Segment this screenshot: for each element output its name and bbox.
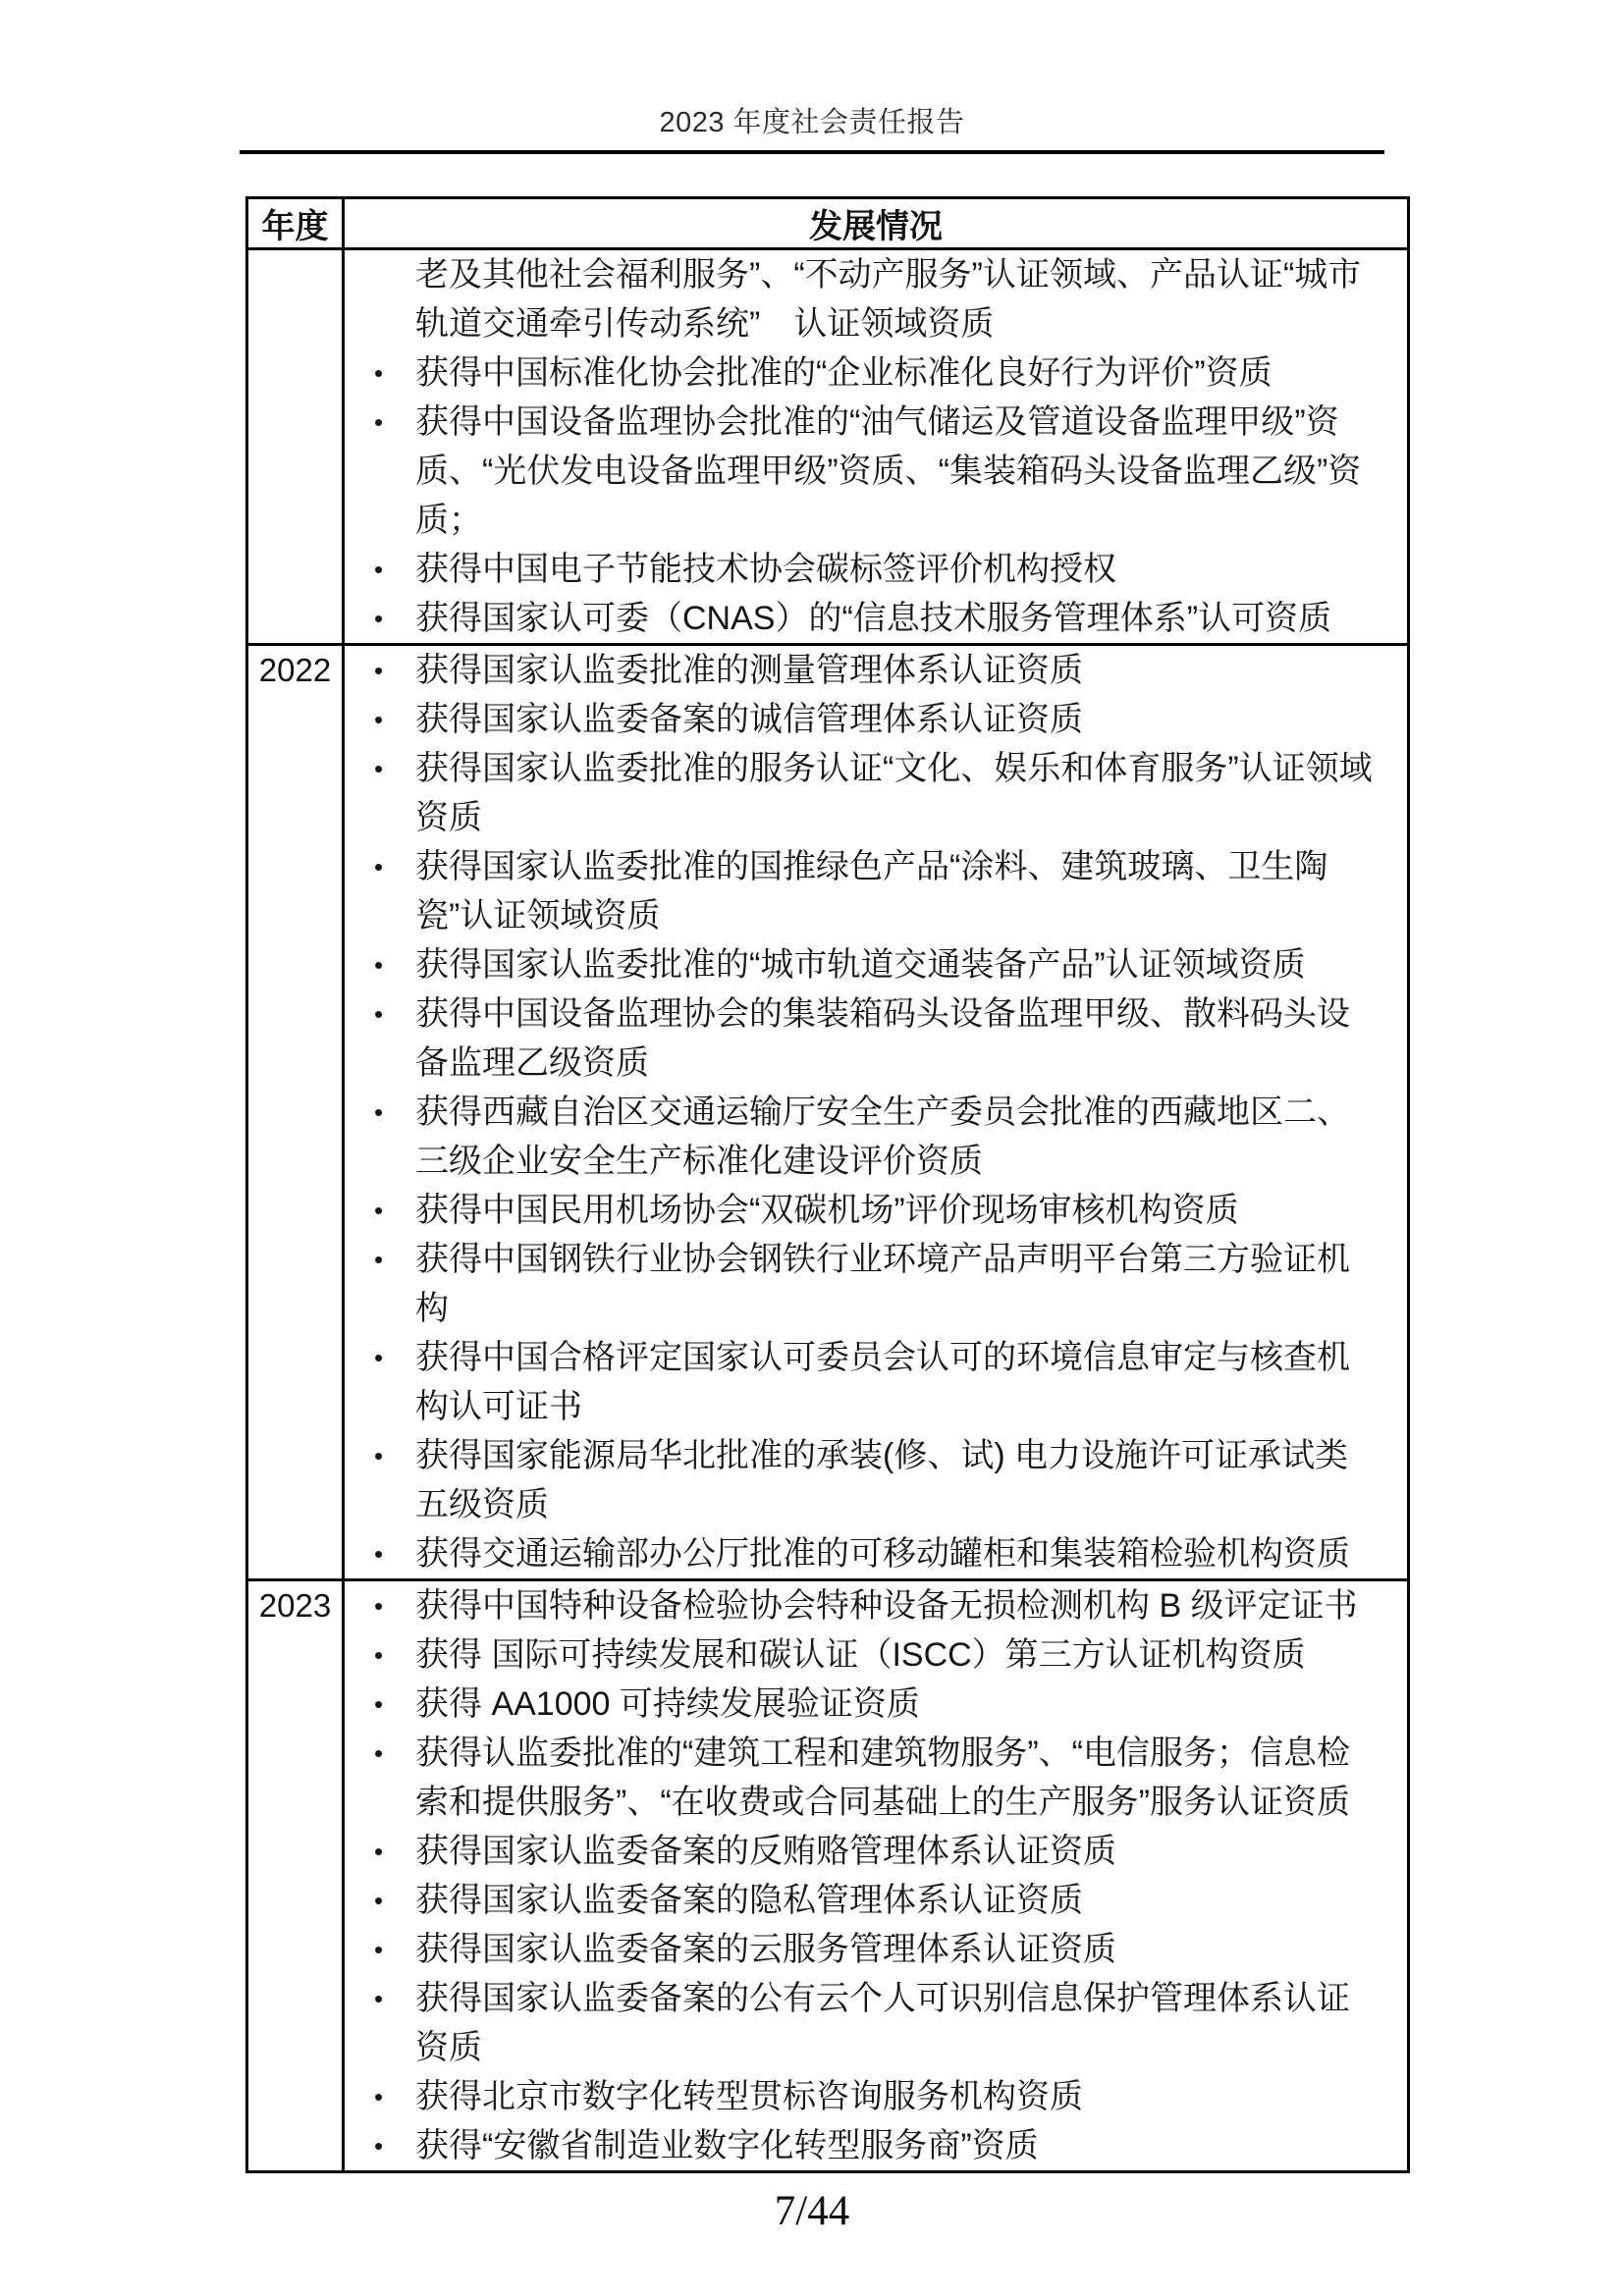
- list-item: • 获得国家能源局华北批准的承装(修、试) 电力设施许可证承试类五级资质: [345, 1431, 1380, 1529]
- bullet-icon: •: [374, 594, 383, 643]
- list-item: • 获得国家认可委（CNAS）的“信息技术服务管理体系”认可资质: [345, 594, 1380, 643]
- item-text: 获得 国际可持续发展和碳认证（ISCC）第三方认证机构资质: [415, 1636, 1306, 1674]
- bullet-icon: •: [374, 695, 383, 744]
- item-text: 获得中国民用机场协会“双碳机场”评价现场审核机构资质: [415, 1192, 1239, 1229]
- bullet-icon: •: [374, 2072, 383, 2121]
- item-text: 获得认监委批准的“建筑工程和建筑物服务”、“电信服务；信息检索和提供服务”、“在…: [415, 1735, 1350, 1821]
- list-item: • 获得国家认监委批准的国推绿色产品“涂料、建筑玻璃、卫生陶瓷”认证领域资质: [345, 842, 1380, 940]
- list-item: • 获得中国特种设备检验协会特种设备无损检测机构 B 级评定证书: [345, 1581, 1380, 1630]
- development-column-header: 发展情况: [344, 198, 1409, 249]
- year-cell: 2023: [247, 1580, 344, 2172]
- bullet-icon: •: [374, 2121, 383, 2170]
- list-item: 老及其他社会福利服务”、“不动产服务”认证领域、产品认证“城市轨道交通牵引传动系…: [345, 250, 1380, 348]
- item-text: 获得国家认监委批准的测量管理体系认证资质: [415, 652, 1083, 689]
- list-item: • 获得国家认监委备案的云服务管理体系认证资质: [345, 1925, 1380, 1974]
- table-row-2022: 2022 • 获得国家认监委批准的测量管理体系认证资质 • 获得国家认监委备案的…: [247, 645, 1409, 1580]
- item-text: 获得北京市数字化转型贯标咨询服务机构资质: [415, 2078, 1083, 2115]
- bullet-icon: •: [374, 398, 383, 447]
- document-page: 2023 年度社会责任报告 年度 发展情况 老及其他社会福利服务”、“不动产服务…: [0, 0, 1624, 2296]
- item-text: 获得“安徽省制造业数字化转型服务商”资质: [415, 2127, 1039, 2164]
- bullet-icon: •: [374, 1333, 383, 1382]
- list-item: • 获得国家认监委备案的公有云个人可识别信息保护管理体系认证资质: [345, 1974, 1380, 2072]
- bullet-icon: •: [374, 545, 383, 594]
- list-item: • 获得国家认监委批准的服务认证“文化、娱乐和体育服务”认证领域资质: [345, 744, 1380, 842]
- item-text: 老及其他社会福利服务”、“不动产服务”认证领域、产品认证“城市轨道交通牵引传动系…: [415, 256, 1361, 343]
- item-text: 获得中国电子节能技术协会碳标签评价机构授权: [415, 551, 1116, 588]
- item-text: 获得国家认监委备案的云服务管理体系认证资质: [415, 1931, 1116, 1968]
- bullet-icon: •: [374, 1088, 383, 1137]
- item-text: 获得中国标准化协会批准的“企业标准化良好行为评价”资质: [415, 354, 1272, 392]
- bullet-icon: •: [374, 1431, 383, 1480]
- bullet-icon: •: [374, 646, 383, 695]
- bullet-icon: •: [374, 940, 383, 989]
- list-item: • 获得中国钢铁行业协会钢铁行业环境产品声明平台第三方验证机构: [345, 1235, 1380, 1333]
- list-item: • 获得中国民用机场协会“双碳机场”评价现场审核机构资质: [345, 1186, 1380, 1235]
- bullet-icon: •: [374, 1876, 383, 1925]
- year-cell: 2022: [247, 645, 344, 1580]
- list-item: • 获得国家认监委备案的诚信管理体系认证资质: [345, 695, 1380, 744]
- page-footer: 7/44: [0, 2187, 1624, 2236]
- list-item: • 获得“安徽省制造业数字化转型服务商”资质: [345, 2121, 1380, 2170]
- list-item: • 获得北京市数字化转型贯标咨询服务机构资质: [345, 2072, 1380, 2121]
- bullet-icon: •: [374, 1529, 383, 1578]
- item-text: 获得国家认可委（CNAS）的“信息技术服务管理体系”认可资质: [415, 600, 1331, 637]
- item-text: 获得国家认监委批准的服务认证“文化、娱乐和体育服务”认证领域资质: [415, 750, 1373, 836]
- bullet-icon: •: [374, 1680, 383, 1729]
- header-divider: [240, 150, 1384, 154]
- item-text: 获得国家能源局华北批准的承装(修、试) 电力设施许可证承试类五级资质: [415, 1437, 1348, 1523]
- list-item: • 获得中国电子节能技术协会碳标签评价机构授权: [345, 545, 1380, 594]
- development-history-table: 年度 发展情况 老及其他社会福利服务”、“不动产服务”认证领域、产品认证“城市轨…: [245, 196, 1410, 2173]
- list-item: • 获得西藏自治区交通运输厅安全生产委员会批准的西藏地区二、三级企业安全生产标准…: [345, 1088, 1380, 1186]
- list-item: • 获得中国合格评定国家认可委员会认可的环境信息审定与核查机构认可证书: [345, 1333, 1380, 1431]
- list-item: • 获得交通运输部办公厅批准的可移动罐柜和集装箱检验机构资质: [345, 1529, 1380, 1578]
- development-cell: • 获得中国特种设备检验协会特种设备无损检测机构 B 级评定证书 • 获得 国际…: [344, 1580, 1409, 2172]
- bullet-icon: •: [374, 842, 383, 891]
- bullet-icon: •: [374, 1729, 383, 1778]
- list-item: • 获得国家认监委备案的隐私管理体系认证资质: [345, 1876, 1380, 1925]
- item-text: 获得中国特种设备检验协会特种设备无损检测机构 B 级评定证书: [415, 1587, 1358, 1625]
- item-text: 获得国家认监委备案的反贿赂管理体系认证资质: [415, 1833, 1116, 1870]
- list-item: • 获得 国际可持续发展和碳认证（ISCC）第三方认证机构资质: [345, 1630, 1380, 1680]
- bullet-icon: •: [374, 1235, 383, 1284]
- item-text: 获得国家认监委批准的国推绿色产品“涂料、建筑玻璃、卫生陶瓷”认证领域资质: [415, 848, 1327, 934]
- table-header-row: 年度 发展情况: [247, 198, 1409, 249]
- item-text: 获得中国设备监理协会批准的“油气储运及管道设备监理甲级”资质、“光伏发电设备监理…: [415, 403, 1361, 539]
- bullet-icon: •: [374, 1581, 383, 1630]
- bullet-icon: •: [374, 1925, 383, 1974]
- bullet-icon: •: [374, 348, 383, 398]
- table-row-continuation: 老及其他社会福利服务”、“不动产服务”认证领域、产品认证“城市轨道交通牵引传动系…: [247, 249, 1409, 645]
- year-cell: [247, 249, 344, 645]
- item-text: 获得中国设备监理协会的集装箱码头设备监理甲级、散料码头设备监理乙级资质: [415, 995, 1350, 1082]
- item-text: 获得交通运输部办公厅批准的可移动罐柜和集装箱检验机构资质: [415, 1535, 1350, 1573]
- development-cell: • 获得国家认监委批准的测量管理体系认证资质 • 获得国家认监委备案的诚信管理体…: [344, 645, 1409, 1580]
- item-text: 获得国家认监委备案的隐私管理体系认证资质: [415, 1882, 1083, 1919]
- item-text: 获得国家认监委备案的公有云个人可识别信息保护管理体系认证资质: [415, 1980, 1350, 2066]
- list-item: • 获得认监委批准的“建筑工程和建筑物服务”、“电信服务；信息检索和提供服务”、…: [345, 1729, 1380, 1827]
- list-item: • 获得国家认监委批准的“城市轨道交通装备产品”认证领域资质: [345, 940, 1380, 989]
- item-text: 获得中国钢铁行业协会钢铁行业环境产品声明平台第三方验证机构: [415, 1241, 1350, 1327]
- list-item: • 获得中国设备监理协会批准的“油气储运及管道设备监理甲级”资质、“光伏发电设备…: [345, 398, 1380, 545]
- list-item: • 获得中国设备监理协会的集装箱码头设备监理甲级、散料码头设备监理乙级资质: [345, 989, 1380, 1088]
- bullet-icon: •: [374, 1186, 383, 1235]
- list-item: • 获得中国标准化协会批准的“企业标准化良好行为评价”资质: [345, 348, 1380, 398]
- bullet-icon: •: [374, 744, 383, 793]
- item-text: 获得国家认监委备案的诚信管理体系认证资质: [415, 701, 1083, 738]
- item-text: 获得 AA1000 可持续发展验证资质: [415, 1685, 920, 1723]
- year-column-header: 年度: [247, 198, 344, 249]
- list-item: • 获得国家认监委批准的测量管理体系认证资质: [345, 646, 1380, 695]
- bullet-icon: •: [374, 1827, 383, 1876]
- table-row-2023: 2023 • 获得中国特种设备检验协会特种设备无损检测机构 B 级评定证书 • …: [247, 1580, 1409, 2172]
- bullet-icon: •: [374, 1974, 383, 2023]
- item-text: 获得西藏自治区交通运输厅安全生产委员会批准的西藏地区二、三级企业安全生产标准化建…: [415, 1094, 1350, 1180]
- item-text: 获得中国合格评定国家认可委员会认可的环境信息审定与核查机构认可证书: [415, 1339, 1350, 1425]
- page-number: 7/44: [775, 2188, 849, 2234]
- report-title: 2023 年度社会责任报告: [0, 0, 1624, 142]
- item-text: 获得国家认监委批准的“城市轨道交通装备产品”认证领域资质: [415, 946, 1306, 984]
- list-item: • 获得 AA1000 可持续发展验证资质: [345, 1680, 1380, 1729]
- bullet-icon: •: [374, 1630, 383, 1680]
- development-cell: 老及其他社会福利服务”、“不动产服务”认证领域、产品认证“城市轨道交通牵引传动系…: [344, 249, 1409, 645]
- list-item: • 获得国家认监委备案的反贿赂管理体系认证资质: [345, 1827, 1380, 1876]
- bullet-icon: •: [374, 989, 383, 1039]
